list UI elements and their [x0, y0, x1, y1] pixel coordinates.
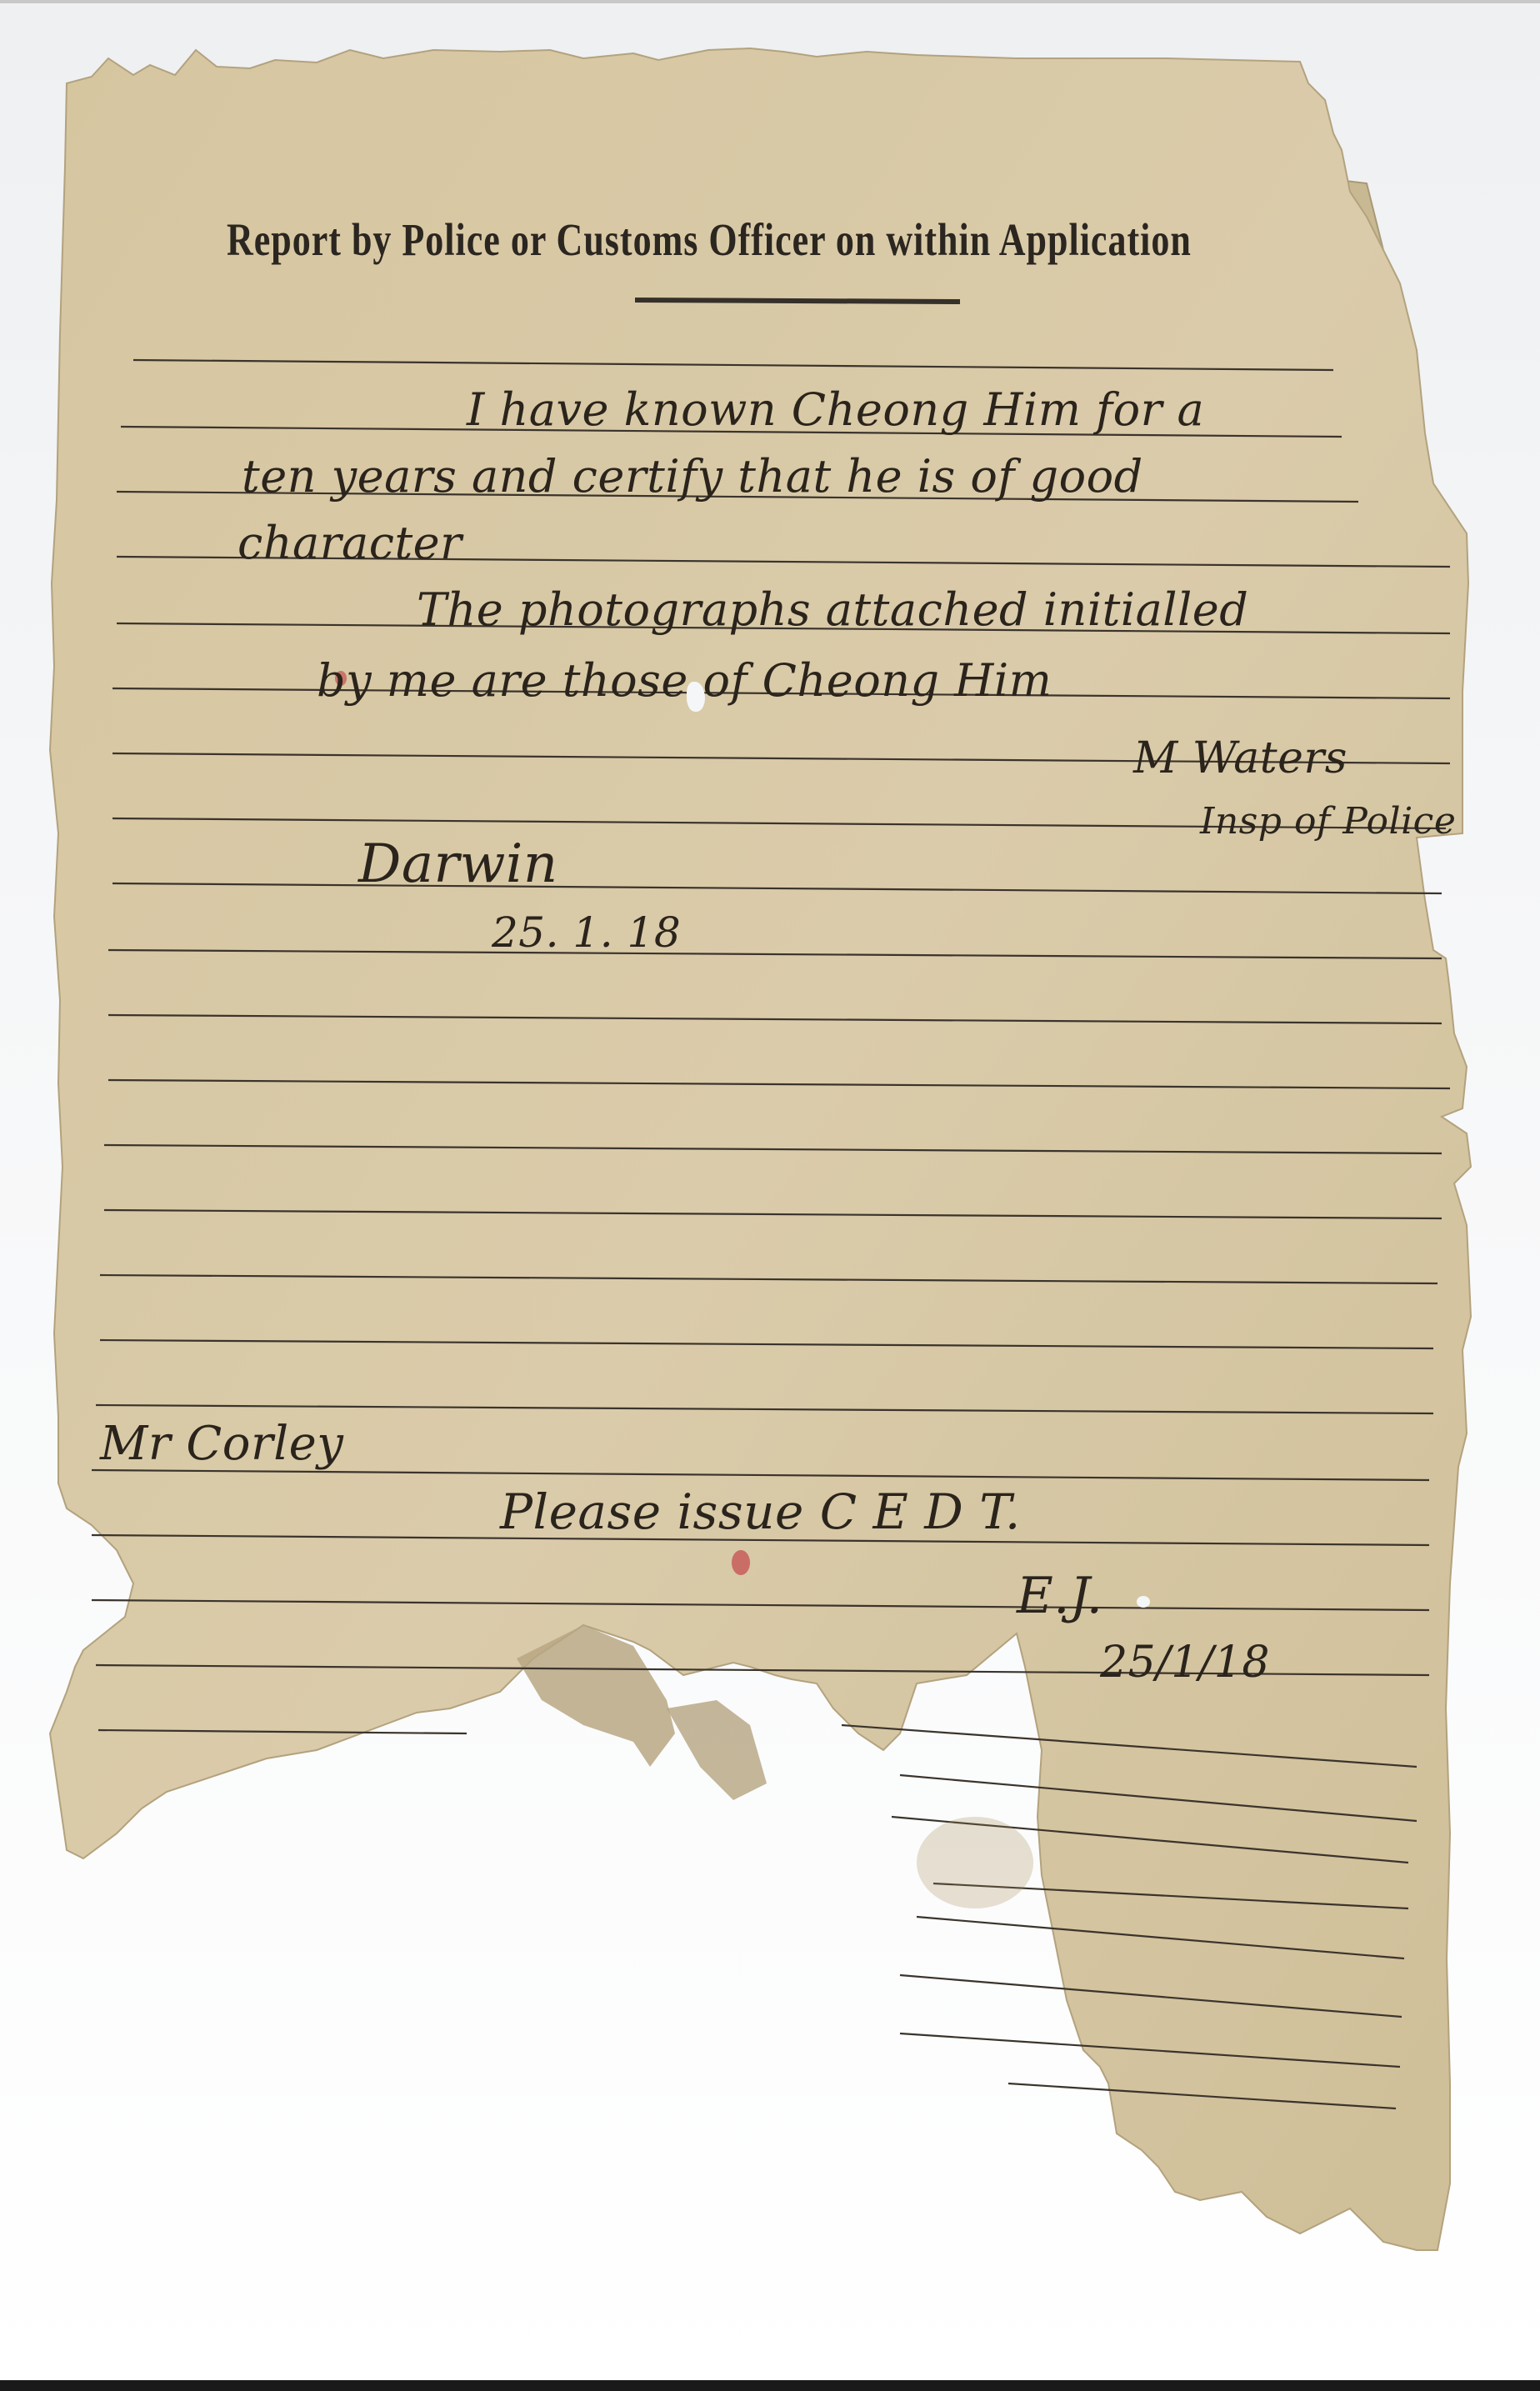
- approval-date: 25/1/18: [1100, 1638, 1270, 1688]
- torn-paper-sheet: [0, 0, 1540, 2391]
- officer-signature: M Waters: [1133, 733, 1347, 783]
- handwritten-line: ten years and certify that he is of good: [242, 450, 1143, 503]
- instruction-note: Please issue C E D T.: [500, 1483, 1021, 1540]
- scan-bottom-edge: [0, 2380, 1540, 2391]
- handwritten-line: The photographs attached initialled: [417, 583, 1248, 636]
- approver-initials: E.J.: [1017, 1567, 1102, 1625]
- handwritten-line: by me are those of Cheong Him: [317, 654, 1052, 707]
- addressee: Mr Corley: [100, 1417, 343, 1471]
- handwritten-line: I have known Cheong Him for a: [467, 383, 1204, 436]
- officer-title: Insp of Police: [1200, 800, 1456, 843]
- page-title: Report by Police or Customs Officer on w…: [227, 213, 1360, 267]
- handwritten-line: character: [237, 517, 462, 569]
- place-name: Darwin: [358, 833, 558, 895]
- report-date: 25. 1. 18: [492, 908, 681, 957]
